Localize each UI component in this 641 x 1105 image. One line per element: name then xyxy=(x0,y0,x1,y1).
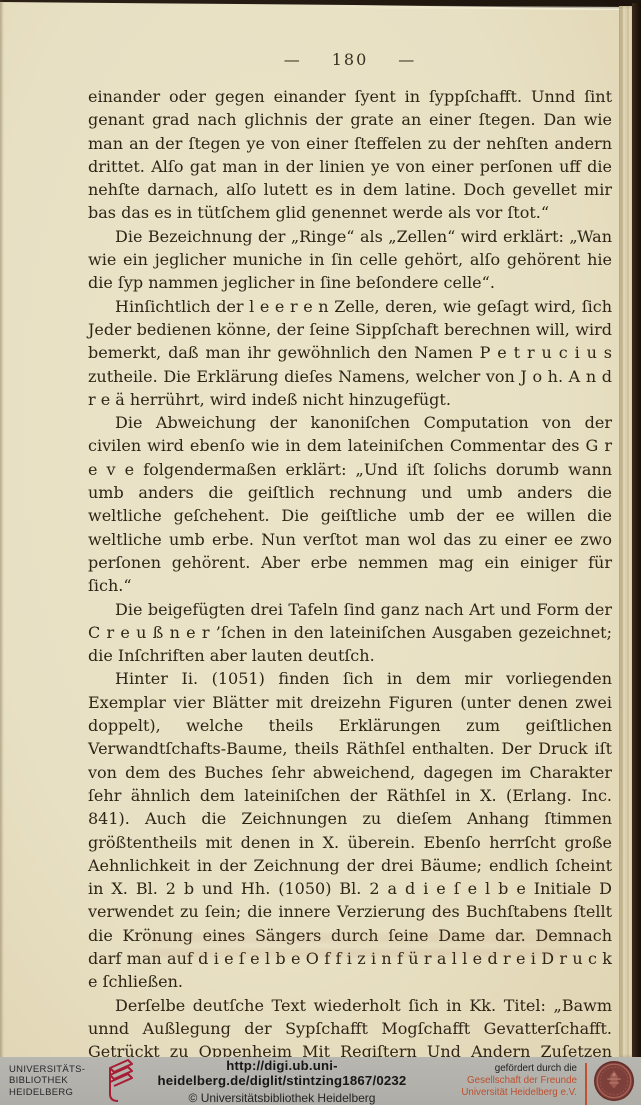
funding-line: Gesellschaft der Freunde xyxy=(427,1075,577,1087)
book-gutter-shadow xyxy=(632,3,641,1057)
seal-container xyxy=(587,1059,641,1103)
url-block: http://digi.ub.uni-heidelberg.de/diglit/… xyxy=(143,1058,427,1105)
header-dash-right: — xyxy=(398,50,416,69)
body-paragraph: Die Bezeichnung der „Ringe“ als „Zellen“… xyxy=(88,225,612,295)
funding-line: gefördert durch die xyxy=(427,1063,577,1075)
copyright-line: © Universitätsbibliothek Heidelberg xyxy=(143,1091,421,1105)
funding-credit: gefördert durch die Gesellschaft der Fre… xyxy=(427,1063,585,1099)
body-paragraph: Hinſichtlich der l e e r e n Zelle, dere… xyxy=(88,295,612,411)
university-seal-icon xyxy=(592,1059,636,1103)
body-paragraph: einander oder gegen einander ſyent in ſy… xyxy=(88,85,612,225)
header-dash-left: — xyxy=(284,50,302,69)
body-paragraph: Die beigefügten drei Tafeln ſind ganz na… xyxy=(88,598,612,668)
page-stack-edge xyxy=(619,6,633,1057)
library-wordmark: UNIVERSITÄTS- BIBLIOTHEK HEIDELBERG xyxy=(0,1064,97,1099)
funding-line: Universität Heidelberg e.V. xyxy=(427,1087,577,1099)
ink-bleedthrough xyxy=(150,933,570,957)
page-number: 180 xyxy=(332,50,369,69)
body-paragraph: Die Abweichung der kanoniſchen Computati… xyxy=(88,411,612,597)
page-header: — 180 — xyxy=(88,50,612,69)
page-left-shade xyxy=(0,0,4,1057)
scanned-book-page-viewer: — 180 — einander oder gegen einander ſye… xyxy=(0,0,641,1105)
library-wordmark-line: UNIVERSITÄTS- xyxy=(9,1064,97,1076)
ub-heidelberg-logo-icon xyxy=(97,1057,143,1103)
viewer-footer-bar: UNIVERSITÄTS- BIBLIOTHEK HEIDELBERG http… xyxy=(0,1057,641,1105)
document-url[interactable]: http://digi.ub.uni-heidelberg.de/diglit/… xyxy=(143,1058,421,1088)
library-wordmark-line: HEIDELBERG xyxy=(9,1087,97,1099)
library-wordmark-line: BIBLIOTHEK xyxy=(9,1075,97,1087)
